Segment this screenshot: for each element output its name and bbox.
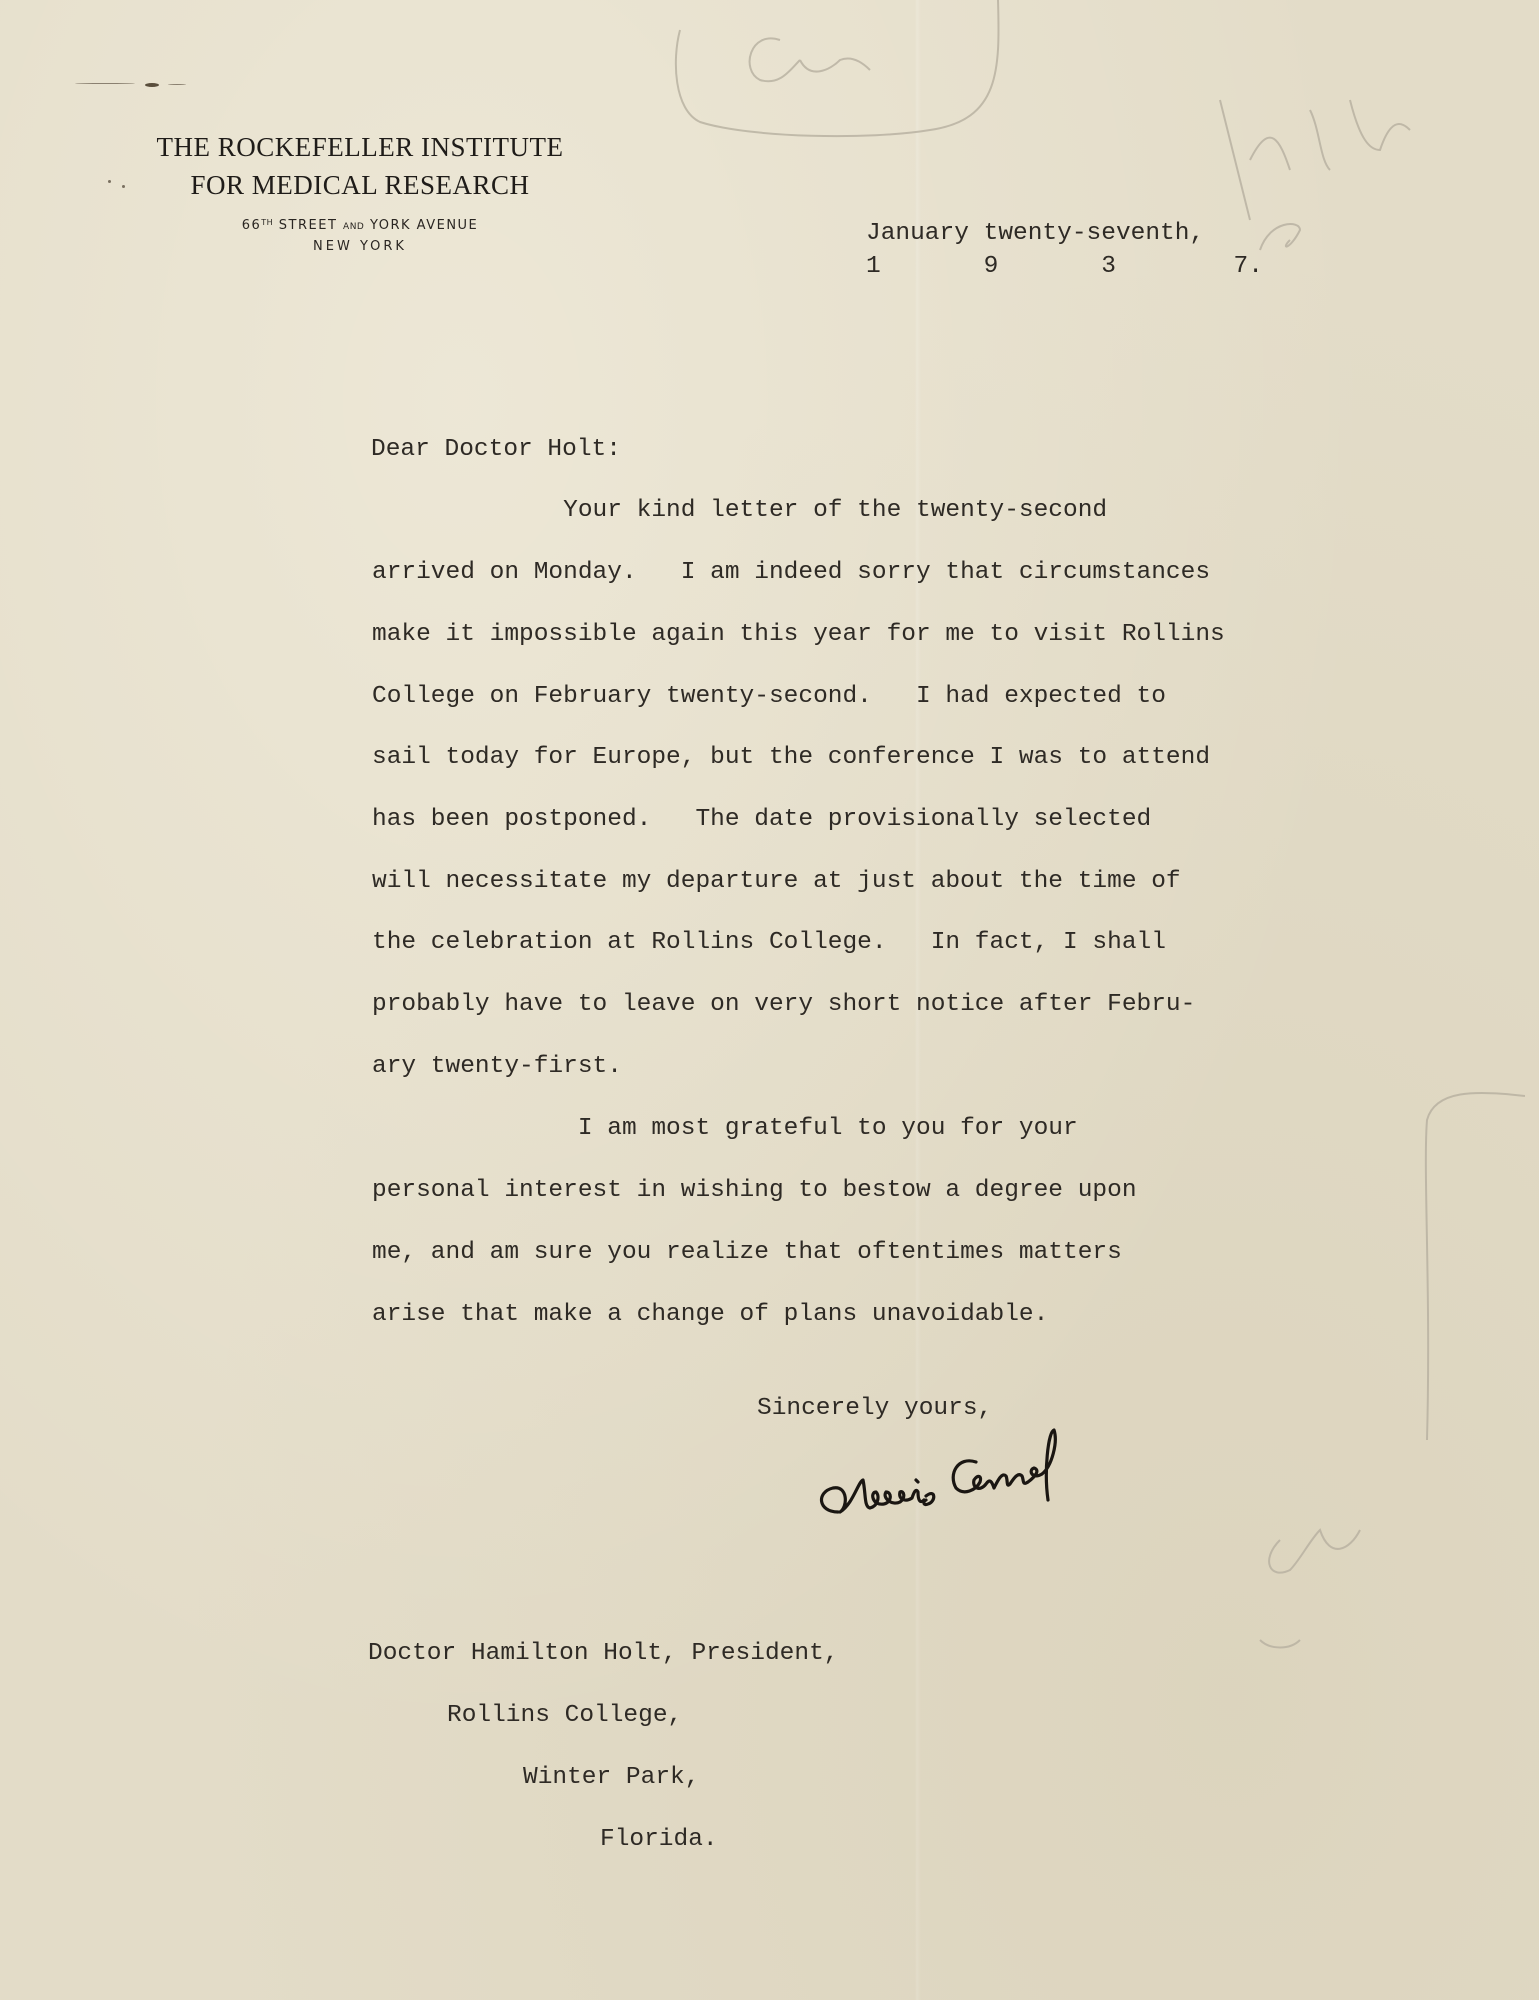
institute-name-line1: THE ROCKEFELLER INSTITUTE [110, 128, 610, 166]
body-line: arise that make a change of plans unavoi… [372, 1301, 1048, 1328]
body-line: has been postponed. The date provisional… [372, 806, 1151, 833]
paper-mark [108, 180, 111, 183]
recipient-line2: Rollins College, [447, 1702, 682, 1729]
paper-mark [168, 84, 186, 85]
body-line: make it impossible again this year for m… [372, 621, 1225, 648]
date-line: January twenty-seventh, [866, 220, 1204, 247]
body-line: personal interest in wishing to bestow a… [372, 1177, 1137, 1204]
letterhead: THE ROCKEFELLER INSTITUTE FOR MEDICAL RE… [110, 128, 610, 256]
body-line: arrived on Monday. I am indeed sorry tha… [372, 559, 1210, 586]
body-line: will necessitate my departure at just ab… [372, 868, 1181, 895]
body-line: probably have to leave on very short not… [372, 991, 1195, 1018]
paper-mark [122, 185, 125, 188]
institute-address: 66TH STREET AND YORK AVENUE [110, 214, 610, 236]
pencil-annotation-note-icon [1180, 80, 1480, 260]
body-line: the celebration at Rollins College. In f… [372, 929, 1166, 956]
body-line: I am most grateful to you for your [372, 1115, 1078, 1142]
salutation: Dear Doctor Holt: [371, 436, 621, 463]
paper-mark [75, 83, 135, 84]
pencil-annotation-bottom-icon [1250, 1500, 1370, 1660]
body-line: Your kind letter of the twenty-second [372, 497, 1107, 524]
pencil-margin-bracket-icon [1415, 1090, 1525, 1450]
recipient-line1: Doctor Hamilton Holt, President, [368, 1640, 838, 1667]
closing: Sincerely yours, [757, 1395, 992, 1422]
signature-icon [808, 1422, 1168, 1532]
institute-city: NEW YORK [110, 238, 610, 256]
pencil-annotation-box-icon [670, 0, 1010, 150]
institute-name-line2: FOR MEDICAL RESEARCH [110, 166, 610, 204]
body-line: sail today for Europe, but the conferenc… [372, 744, 1210, 771]
paper-mark [145, 83, 159, 87]
recipient-line4: Florida. [600, 1826, 718, 1853]
body-line: College on February twenty-second. I had… [372, 683, 1166, 710]
recipient-line3: Winter Park, [523, 1764, 699, 1791]
body-line: ary twenty-first. [372, 1053, 622, 1080]
body-line: me, and am sure you realize that oftenti… [372, 1239, 1122, 1266]
